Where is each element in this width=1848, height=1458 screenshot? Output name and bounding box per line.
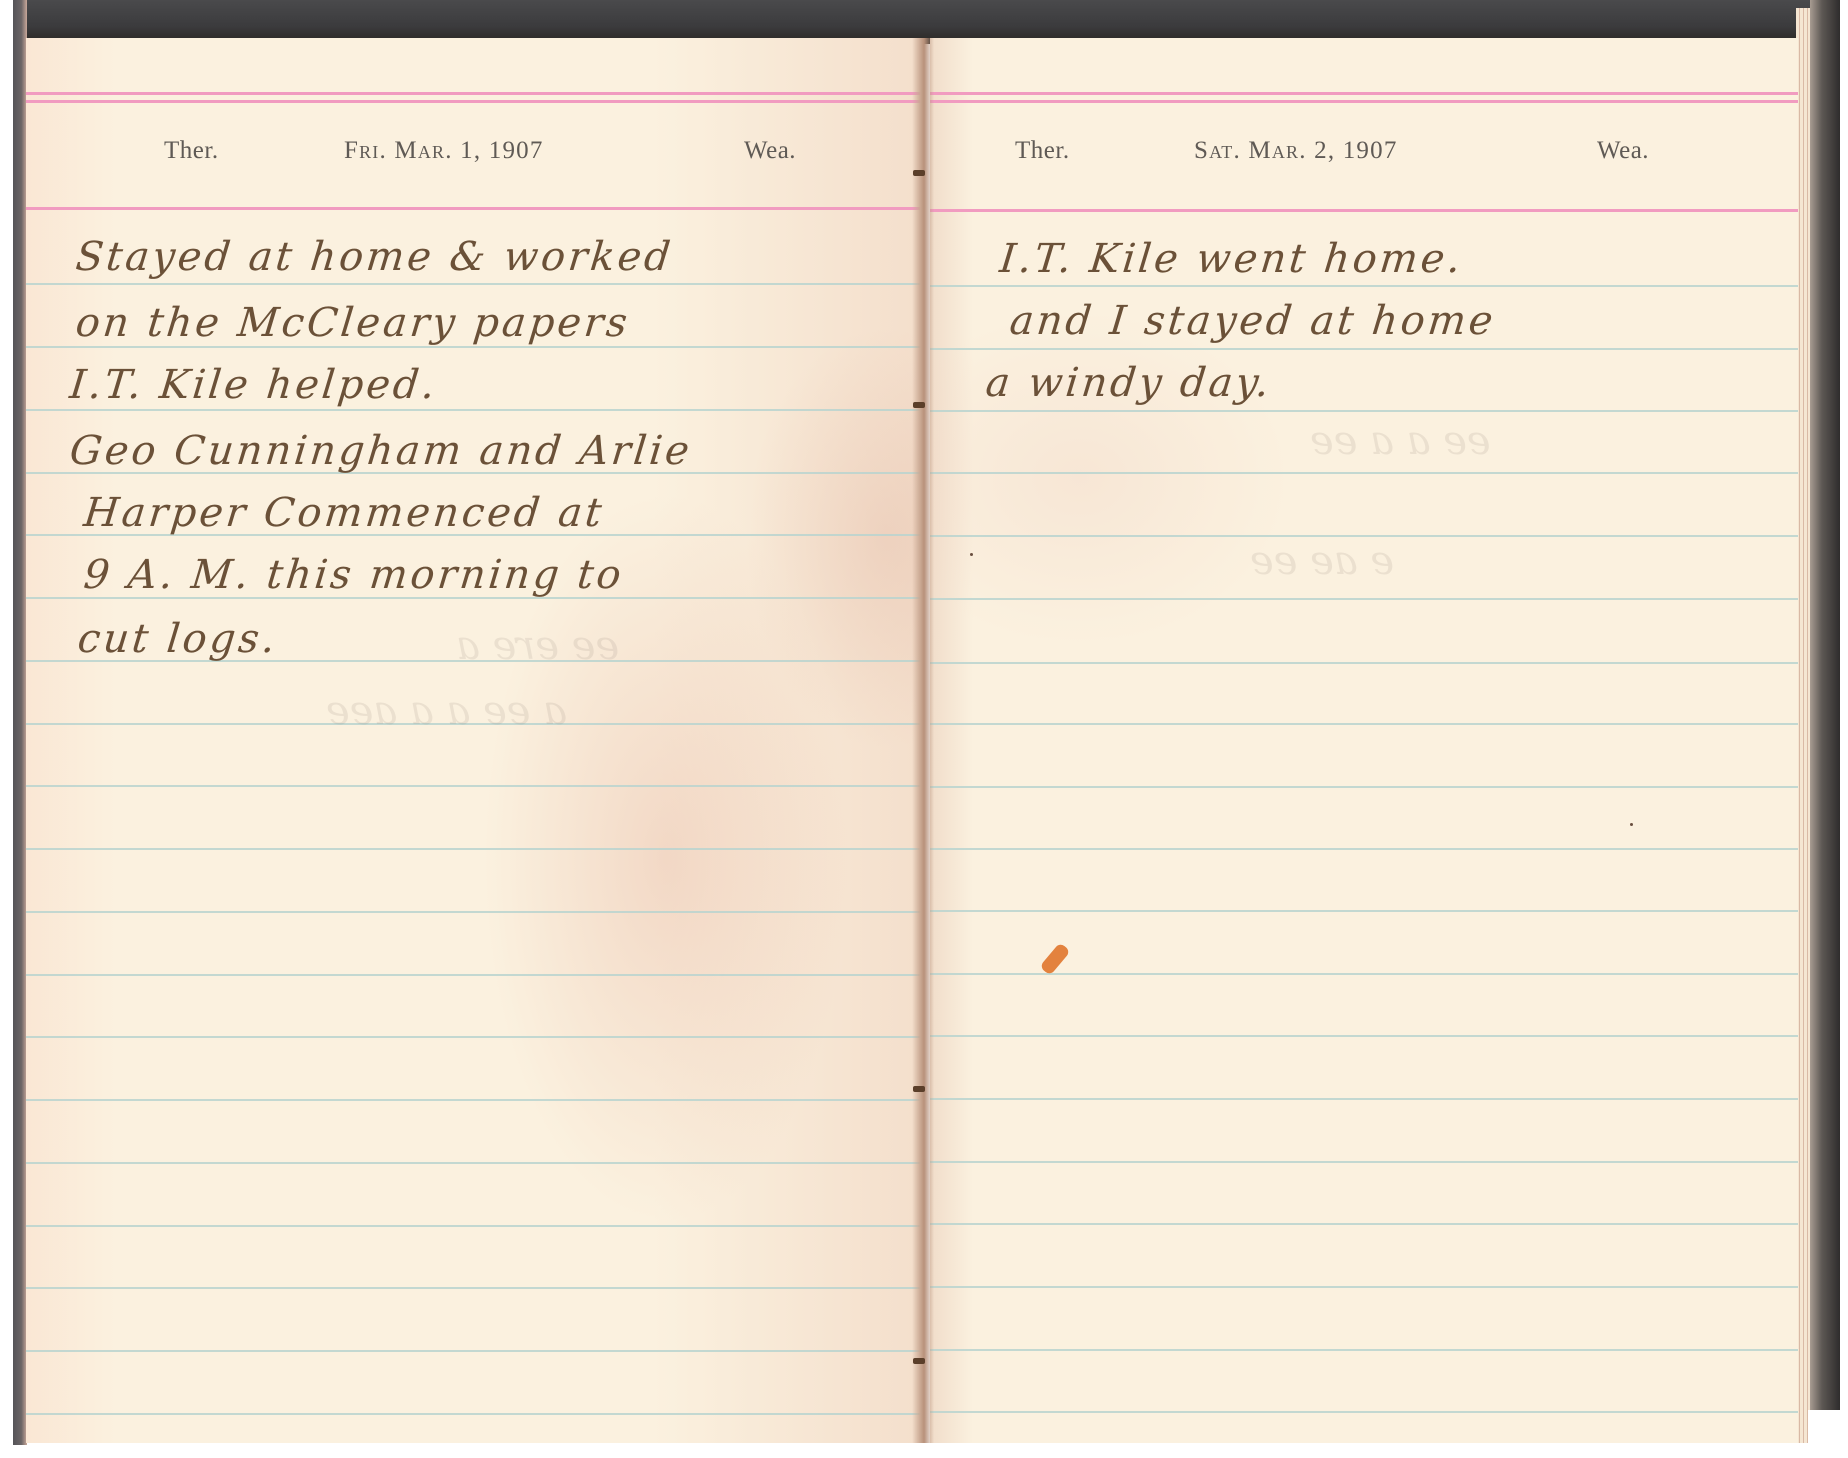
header-rule-top-1 [26,92,922,95]
ruled-line [26,848,922,850]
weather-label: Wea. [1597,137,1649,165]
ruled-line [26,1225,922,1227]
header-rule-top-1 [930,92,1798,95]
ruled-line [930,723,1798,725]
entry-line: I.T. Kile went home. [998,236,1466,282]
ruled-line [26,785,922,787]
weather-label: Wea. [744,137,796,165]
book-cover-right-edge [1810,0,1840,1458]
binding-stitch [913,1086,925,1092]
ruled-line [26,409,922,411]
ruled-line [26,283,922,285]
entry-line: Stayed at home & worked [74,234,676,280]
book-cover-left-edge [13,0,27,1445]
ruled-line [930,662,1798,664]
ruled-line [930,598,1798,600]
page-date: Fri. Mar. 1, 1907 [344,137,544,165]
ruled-line [930,848,1798,850]
entry-line: a windy day. [984,360,1275,406]
ruled-line [930,1035,1798,1037]
ruled-line [26,1350,922,1352]
entry-line: 9 A. M. this morning to [82,552,627,598]
entry-line: Geo Cunningham and Arlie [68,428,695,474]
right-page: Ther. Sat. Mar. 2, 1907 Wea. ee a a ee e… [930,38,1798,1443]
thermometer-label: Ther. [1015,137,1070,165]
entry-line: on the McCleary papers [74,300,633,346]
ruled-line [930,1161,1798,1163]
book-spine [912,38,934,1443]
ruled-line [930,285,1798,287]
thermometer-label: Ther. [164,137,219,165]
entry-line: I.T. Kile helped. [68,362,440,408]
page-date: Sat. Mar. 2, 1907 [1194,137,1398,165]
ruled-line [930,973,1798,975]
ruled-line [26,1099,922,1101]
entry-line: cut logs. [76,616,281,662]
ruled-line [26,1413,922,1415]
binding-stitch [913,1358,925,1364]
ruled-line [26,346,922,348]
left-page: Ther. Fri. Mar. 1, 1907 Wea. ee ere a a … [26,38,922,1443]
ruled-line [930,1349,1798,1351]
binding-stitch [913,170,925,176]
ruled-line [930,1098,1798,1100]
orange-stain [1039,942,1070,976]
header-rule-top-2 [26,100,922,103]
entry-line: Harper Commenced at [82,490,607,536]
ruled-line [930,1286,1798,1288]
binding-stitch [913,402,925,408]
ruled-line [930,1411,1798,1413]
ruled-line [930,910,1798,912]
ruled-line [26,1287,922,1289]
header-rule-top-2 [930,100,1798,103]
ruled-line [930,535,1798,537]
ruled-line [26,1162,922,1164]
ruled-line [930,786,1798,788]
ruled-line [930,1223,1798,1225]
ruled-line [930,410,1798,412]
ruled-line [26,1036,922,1038]
diary-scan: Ther. Fri. Mar. 1, 1907 Wea. ee ere a a … [0,0,1848,1458]
ruled-line [930,472,1798,474]
header-rule-bottom [26,207,922,210]
ink-speck [970,553,973,556]
entry-line: and I stayed at home [1008,298,1498,344]
ink-speck [1630,823,1633,826]
ruled-line [26,911,922,913]
header-rule-bottom [930,209,1798,212]
scan-background [1808,1410,1840,1458]
ruled-line [26,974,922,976]
ruled-line [930,348,1798,350]
